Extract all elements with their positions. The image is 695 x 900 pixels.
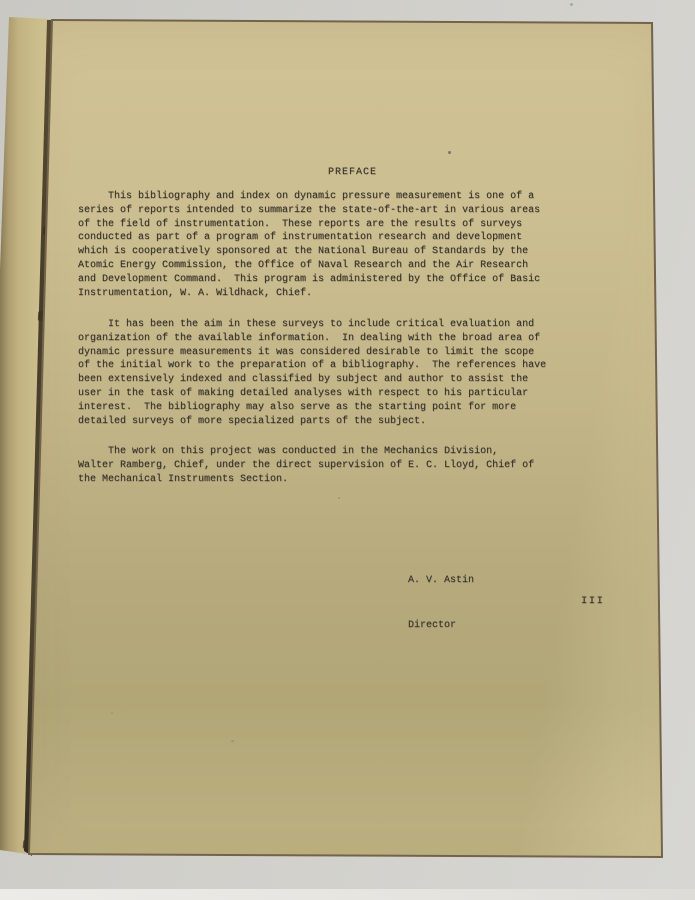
- paper-speck: [338, 497, 340, 499]
- signature-block: A. V. Astin Director: [408, 543, 474, 663]
- paragraph: The work on this project was conducted i…: [78, 445, 560, 486]
- paragraph: This bibliography and index on dynamic p…: [78, 190, 560, 300]
- scanned-book-photo: PREFACE This bibliography and index on d…: [0, 0, 695, 900]
- page-number: III: [581, 595, 604, 609]
- paper-speck: [231, 740, 234, 742]
- preface-title: PREFACE: [328, 166, 377, 180]
- signature-role: Director: [408, 618, 474, 633]
- paper-speck: [111, 712, 113, 714]
- signature-name: A. V. Astin: [408, 573, 474, 588]
- paper-speck: [448, 151, 451, 154]
- page-content: PREFACE This bibliography and index on d…: [0, 0, 695, 900]
- paper-speck: [570, 3, 573, 6]
- paragraph: It has been the aim in these surveys to …: [78, 318, 560, 428]
